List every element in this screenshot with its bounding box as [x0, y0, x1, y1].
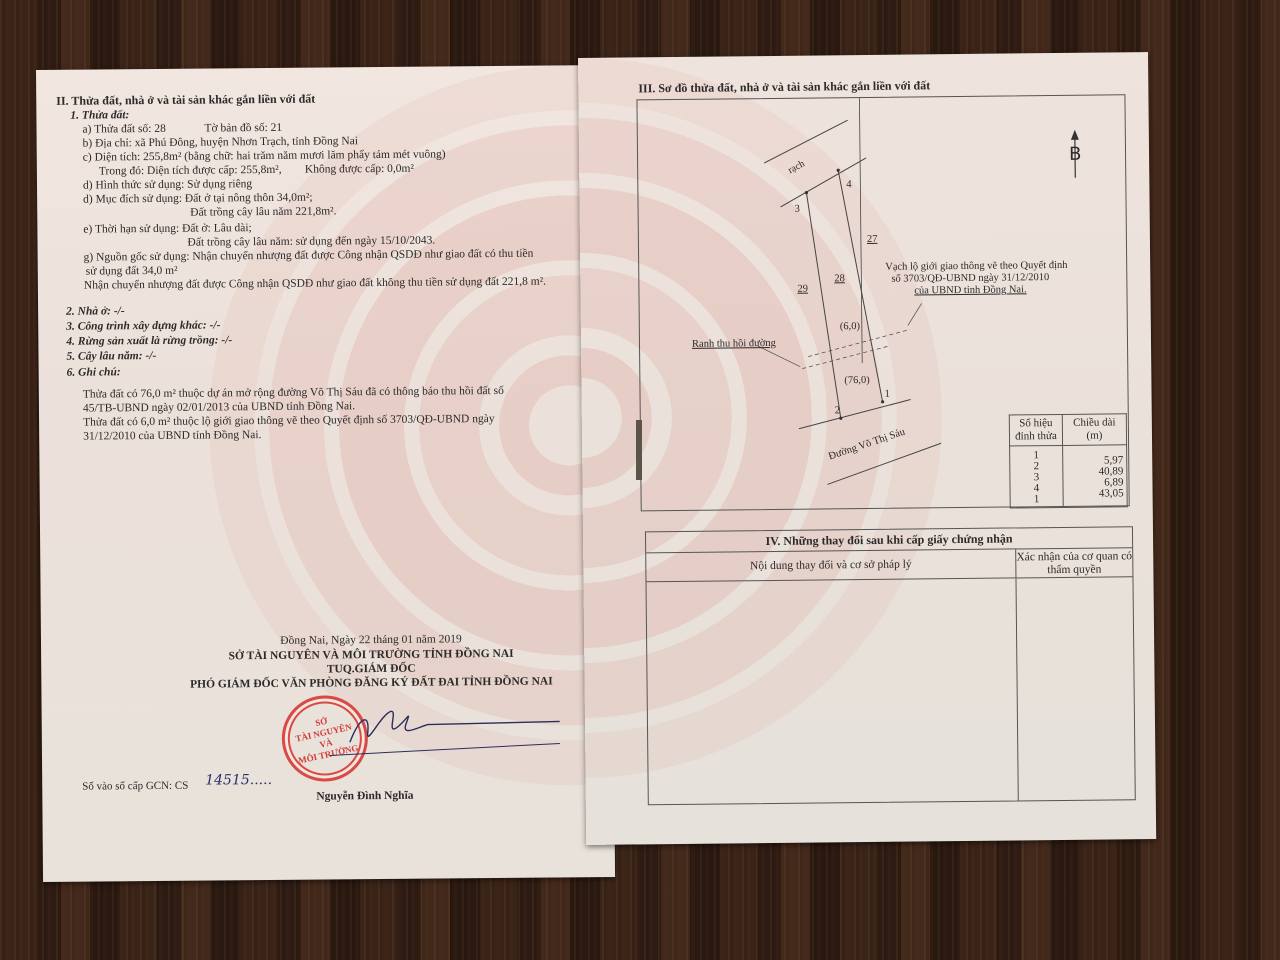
registry-label: Số vào sổ cấp GCN: CS — [82, 779, 188, 794]
parcel-diagram: B rạch 4 3 27 28 29 Vạch lộ giới giao th… — [636, 94, 1129, 511]
area-granted: Trong đó: Diện tích được cấp: 255,8m², — [99, 163, 282, 179]
boundary-note-line: số 3703/QĐ-UBND ngày 31/12/2010 — [885, 272, 1055, 286]
land-heading: 1. Thửa đất: — [70, 108, 129, 123]
boundary-note-line: của UBND tỉnh Đồng Nai. — [885, 284, 1055, 298]
usage-purpose-2: Đất trồng cây lâu năm 221,8m². — [190, 204, 336, 219]
item-planted-forest: 4. Rừng sản xuất là rừng trồng: -/- — [66, 333, 232, 349]
area-76-label: (76,0) — [844, 374, 870, 388]
north-symbol: B — [1069, 148, 1082, 162]
vertex-id: 1 — [1011, 494, 1063, 506]
vertex-length-table: Số hiệu đỉnh thửa Chiều dài (m) 1 2 3 4 … — [1009, 413, 1128, 508]
boundary-note: Vạch lộ giới giao thông vẽ theo Quyết đị… — [885, 260, 1055, 298]
handwritten-signature — [329, 695, 570, 757]
parcel-27-label: 27 — [867, 233, 878, 247]
usage-origin: g) Nguồn gốc sử dụng: Nhận chuyển nhượng… — [84, 247, 534, 265]
redaction-mark — [636, 420, 642, 480]
note-line: 31/12/2010 của UBND tỉnh Đồng Nai. — [83, 428, 261, 444]
note-line: Thửa đất có 6,0 m² thuộc lộ giới giao th… — [83, 412, 495, 430]
changes-table: IV. Những thay đổi sau khi cấp giấy chứn… — [645, 526, 1136, 805]
area-not-granted: Không được cấp: 0,0m² — [305, 162, 414, 177]
usage-origin-3: Nhận chuyển nhượng đất được Công nhận QS… — [84, 275, 546, 293]
vertex-2-label: 2 — [835, 404, 840, 418]
vertex-4-label: 4 — [846, 178, 851, 192]
parcel-29-label: 29 — [797, 283, 808, 297]
change-content-header: Nội dung thay đổi và cơ sở pháp lý — [646, 549, 1016, 581]
map-sheet-number: Tờ bản đồ số: 21 — [204, 121, 282, 136]
recovery-line-label: Ranh thu hồi đường — [692, 337, 776, 352]
item-other-construction: 3. Công trình xây dựng khác: -/- — [66, 318, 220, 334]
signer-title: PHÓ GIÁM ĐỐC VĂN PHÒNG ĐĂNG KÝ ĐẤT ĐAI T… — [151, 674, 591, 692]
section-iii-title: III. Sơ đồ thửa đất, nhà ở và tài sản kh… — [638, 78, 930, 95]
area-6-label: (6,0) — [840, 320, 860, 334]
section-ii-title: II. Thửa đất, nhà ở và tài sản khác gắn … — [56, 92, 315, 108]
registry-number: 14515..... — [205, 773, 272, 788]
length-column-header: Chiều dài (m) — [1062, 414, 1126, 446]
parcel-28-label: 28 — [834, 272, 845, 286]
vertex-1-label: 1 — [884, 388, 889, 402]
item-house: 2. Nhà ở: -/- — [66, 304, 125, 319]
change-content-cell — [646, 578, 1018, 804]
certificate-right-page: III. Sơ đồ thửa đất, nhà ở và tài sản kh… — [578, 52, 1156, 845]
signer-name: Nguyễn Đình Nghĩa — [316, 789, 413, 804]
vertex-3-label: 3 — [795, 203, 800, 217]
vertex-list: 1 2 3 4 1 — [1010, 445, 1064, 508]
length-list: 5,97 40,89 6,89 43,05 — [1063, 445, 1128, 508]
authority-confirmation-cell — [1016, 577, 1134, 800]
usage-origin-2: sử dụng đất 34,0 m² — [86, 264, 178, 279]
authority-confirmation-header: Xác nhận của cơ quan có thẩm quyền — [1016, 548, 1132, 577]
item-notes-heading: 6. Ghi chú: — [67, 365, 121, 380]
item-perennial-trees: 5. Cây lâu năm: -/- — [66, 349, 156, 364]
certificate-left-page: II. Thửa đất, nhà ở và tài sản khác gắn … — [36, 65, 615, 882]
edge-length: 43,05 — [1064, 488, 1124, 500]
parcel-number: a) Thửa đất số: 28 — [82, 122, 165, 137]
vertex-column-header: Số hiệu đỉnh thửa — [1009, 414, 1062, 446]
